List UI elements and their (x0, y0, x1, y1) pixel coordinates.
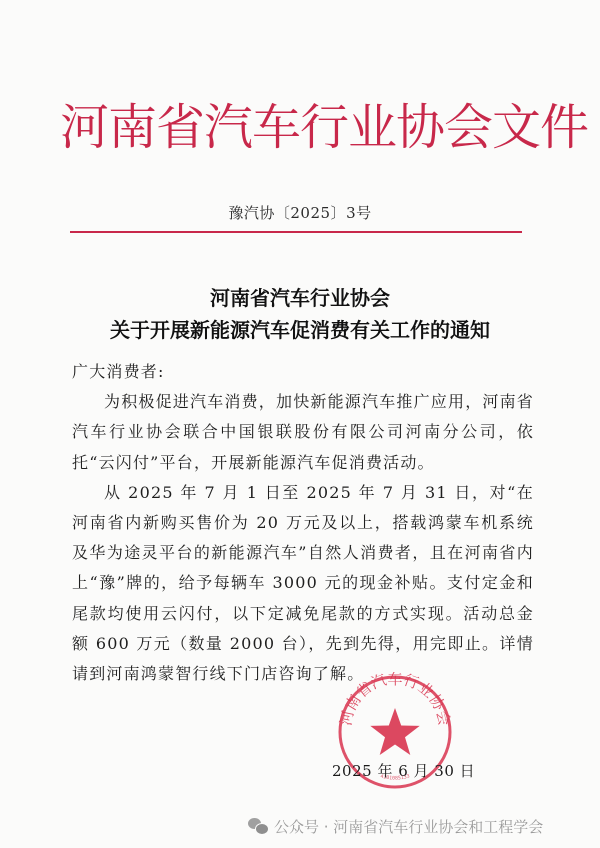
watermark-text: 公众号 · 河南省汽车行业协会和工程学会 (274, 816, 543, 837)
red-divider (70, 231, 522, 233)
source-watermark: 公众号 · 河南省汽车行业协会和工程学会 (248, 815, 543, 837)
notice-title: 河南省汽车行业协会 关于开展新能源汽车促消费有关工作的通知 (0, 282, 600, 346)
notice-body: 广大消费者: 为积极促进汽车消费，加快新能源汽车推广应用，河南省汽车行业协会联合… (72, 357, 534, 689)
body-paragraph-2: 从 2025 年 7 月 1 日至 2025 年 7 月 31 日，对“在河南省… (72, 478, 534, 689)
notice-title-line1: 河南省汽车行业协会 (0, 282, 600, 314)
org-file-title: 河南省汽车行业协会文件 (60, 88, 540, 168)
wechat-icon (248, 818, 268, 834)
body-paragraph-1: 为积极促进汽车消费，加快新能源汽车推广应用，河南省汽车行业协会联合中国银联股份有… (72, 387, 534, 478)
salutation: 广大消费者: (72, 357, 534, 387)
document-number: 豫汽协〔2025〕3号 (0, 202, 600, 224)
signature-date: 2025 年 6 月 30 日 (332, 760, 475, 782)
document-page: 河南省汽车行业协会文件 豫汽协〔2025〕3号 河南省汽车行业协会 关于开展新能… (0, 0, 600, 848)
notice-title-line2: 关于开展新能源汽车促消费有关工作的通知 (0, 314, 600, 346)
